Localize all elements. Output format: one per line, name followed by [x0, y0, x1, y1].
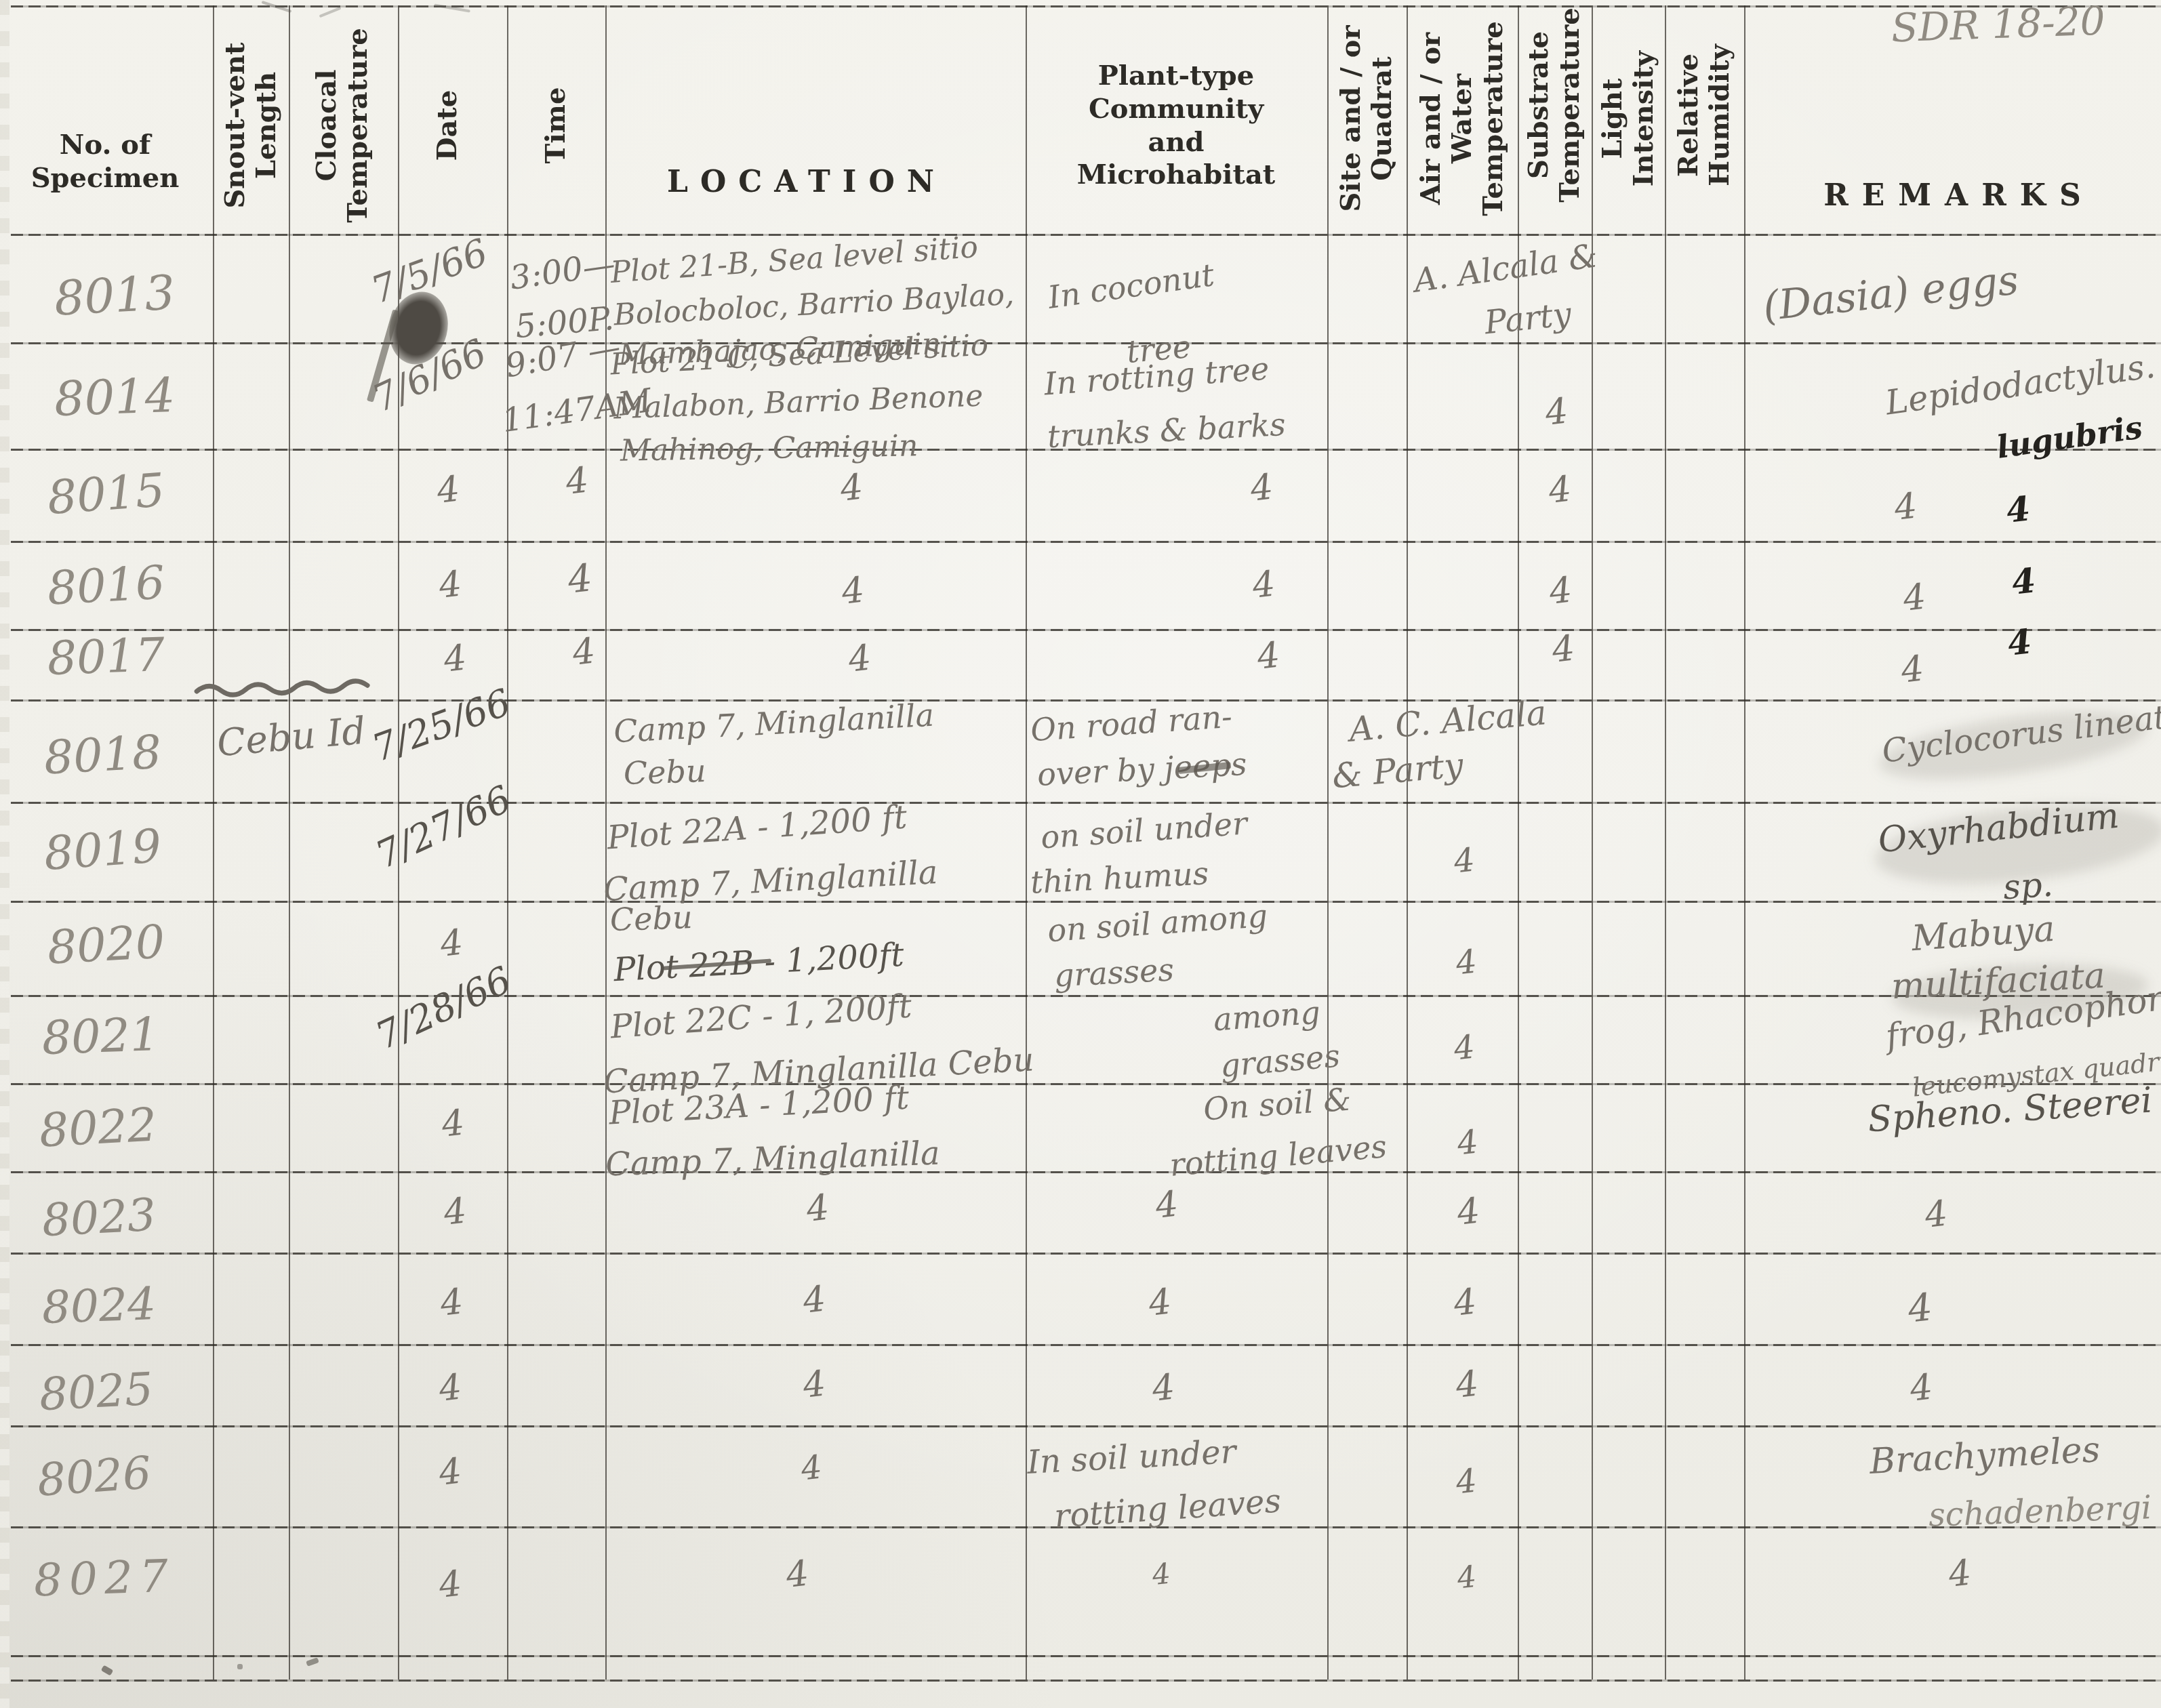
specimen-number: 8015 [45, 464, 166, 525]
table-hline [11, 802, 2161, 804]
table-vline [1407, 5, 1408, 1680]
ditto-mark: 4 [799, 1448, 824, 1488]
ditto-mark: 4 [1452, 1028, 1476, 1068]
specimen-number: 8024 [41, 1278, 157, 1334]
wavy-pencil-line [193, 670, 397, 701]
microhabitat-line: grasses [1053, 951, 1175, 994]
header-line: Light [1597, 7, 1628, 230]
location-line: Plot 22A - 1,200 ft [606, 798, 908, 857]
microhabitat-line: trunks & barks [1047, 406, 1287, 455]
table-vline [1744, 5, 1745, 1680]
specimen-number: 8020 [46, 916, 166, 975]
ditto-mark: 4 [1154, 1183, 1180, 1226]
ditto-mark: 4 [1147, 1281, 1173, 1324]
table-hline [11, 1253, 2161, 1255]
ditto-mark: 4 [564, 460, 590, 502]
header-line: Air and / or [1415, 7, 1447, 230]
corner-note: SDR 18-20 [1891, 0, 2106, 51]
table-vline [507, 5, 508, 1680]
ditto-mark: 4 [437, 563, 464, 606]
microhabitat-line: In rotting tree [1043, 350, 1270, 402]
header-line: Snout-vent [220, 17, 251, 234]
ditto-mark: 4 [1249, 466, 1275, 509]
ditto-mark: 4 [1452, 841, 1476, 881]
specimen-data-sheet: SDR 18-20 No. of Specimen Snout-vent Len… [0, 0, 2161, 1708]
ditto-mark: 4 [2010, 560, 2038, 602]
ditto-mark: 4 [439, 922, 465, 964]
table-vline [213, 5, 214, 1680]
table-hline [11, 1425, 2161, 1427]
header-line: LOCATION [630, 164, 983, 201]
ditto-mark: 4 [801, 1363, 828, 1406]
ditto-mark: 4 [1543, 390, 1570, 433]
microhabitat-line: on soil among [1047, 897, 1269, 950]
remarks-line: Mabuya [1910, 909, 2056, 960]
ditto-mark: 4 [1452, 1281, 1478, 1324]
specimen-number: 8018 [43, 726, 163, 786]
remarks-line: sp. [2002, 865, 2054, 908]
header-line: No. of [14, 129, 197, 162]
ditto-mark: 4 [1454, 943, 1478, 983]
table-hline [11, 5, 2161, 7]
microhabitat-line: rotting leaves [1168, 1128, 1388, 1183]
ditto-mark: 4 [1548, 569, 1574, 612]
specimen-number: 8026 [36, 1446, 153, 1507]
ditto-mark: 4 [1901, 576, 1928, 619]
column-header-time: Time [540, 17, 571, 234]
ditto-mark: 4 [435, 468, 462, 511]
ditto-mark: 4 [840, 569, 866, 612]
specimen-number: 8023 [41, 1189, 157, 1247]
remarks-line: lugubris [1994, 409, 2145, 466]
ditto-mark: 4 [1908, 1366, 1935, 1409]
time-entry: 3:00— [508, 245, 618, 297]
specimen-number: 8027 [33, 1549, 176, 1606]
ditto-mark: 4 [439, 1281, 465, 1324]
collector-line: Party [1482, 295, 1573, 342]
header-line: Time [540, 17, 571, 234]
location-line: Malabon, Barrio Benone [613, 378, 984, 426]
table-vline [1327, 5, 1329, 1680]
microhabitat-line: among [1212, 994, 1321, 1038]
column-header-cloacal: Cloacal Temperature [311, 17, 373, 234]
ditto-mark: 4 [1455, 1560, 1478, 1596]
column-header-site-quadrat: Site and / or Quadrat [1335, 7, 1398, 230]
microhabitat-line: In coconut [1045, 256, 1216, 316]
ditto-mark: 4 [566, 556, 594, 602]
pencil-dot [306, 1657, 319, 1667]
microhabitat-line: In soil under [1026, 1433, 1237, 1482]
ditto-mark: 4 [784, 1553, 811, 1595]
ditto-mark: 4 [839, 466, 865, 509]
column-header-date: Date [432, 17, 463, 234]
table-hline [11, 541, 2161, 543]
specimen-number: 8017 [47, 628, 166, 686]
table-hline [11, 1655, 2161, 1657]
margin-note: Cebu Id [216, 709, 367, 765]
column-header-relative-humidity: Relative Humidity [1673, 3, 1735, 227]
column-header-substrate-temp: Substrate Temperature [1523, 7, 1586, 203]
table-vline [289, 5, 290, 1680]
collector-line: A. Alcala & [1411, 237, 1600, 300]
specimen-number: 8013 [53, 264, 176, 326]
column-header-microhabitat: Plant-type Community and Microhabitat [1054, 60, 1298, 192]
ditto-mark: 4 [2006, 621, 2034, 663]
table-hline [11, 699, 2161, 701]
column-header-location: LOCATION [630, 164, 983, 201]
header-line: Site and / or [1335, 7, 1367, 230]
remarks-line: schadenbergi [1928, 1488, 2152, 1534]
date-entry: 7/28/66 [369, 958, 517, 1058]
remarks-line: Brachymeles [1869, 1429, 2101, 1482]
ditto-mark: 4 [1150, 1366, 1177, 1409]
ditto-mark: 4 [1455, 1190, 1482, 1233]
ditto-mark: 4 [1899, 648, 1926, 691]
location-line: Mahinog, Camiguin [620, 428, 918, 468]
header-line: Date [432, 17, 463, 234]
header-line: Substrate [1523, 7, 1554, 203]
microhabitat-line: on soil under [1039, 805, 1248, 855]
ditto-mark: 4 [1151, 1557, 1173, 1592]
ditto-mark: 4 [2004, 488, 2032, 530]
ditto-mark: 4 [440, 1102, 466, 1145]
pencil-dot [101, 1665, 113, 1676]
ditto-mark: 4 [801, 1278, 828, 1321]
ditto-mark: 4 [847, 637, 873, 680]
table-hline [11, 1171, 2161, 1173]
header-line: and [1054, 126, 1298, 159]
ditto-mark: 4 [1251, 563, 1277, 606]
column-header-specimen: No. of Specimen [14, 129, 197, 195]
table-hline [11, 1083, 2161, 1085]
table-vline [1665, 5, 1666, 1680]
specimen-number: 8016 [46, 556, 166, 616]
location-line: Cebu [609, 899, 693, 938]
remarks-line: Lepidodactylus. [1883, 346, 2158, 422]
paper-deckle-edge [0, 0, 9, 1708]
ditto-mark: 4 [1923, 1193, 1950, 1236]
microhabitat-line: On soil & [1202, 1080, 1352, 1127]
table-hline [11, 1344, 2161, 1346]
location-line: Cebu [623, 752, 706, 792]
ditto-mark: 4 [437, 1366, 464, 1409]
header-line: Temperature [1478, 7, 1509, 230]
table-hline [11, 342, 2161, 344]
remarks-line: (Dasia) eggs [1760, 256, 2021, 330]
specimen-number: 8022 [38, 1099, 158, 1158]
microhabitat-line: grasses [1219, 1037, 1341, 1084]
table-hline [11, 1680, 2161, 1682]
header-line: REMARKS [1796, 178, 2122, 214]
header-line: Temperature [342, 17, 373, 234]
location-line: Camp 7, Minglanilla [613, 697, 935, 750]
pencil-dot [237, 1664, 243, 1669]
ditto-mark: 4 [1454, 1462, 1478, 1502]
specimen-number: 8025 [38, 1363, 155, 1421]
table-hline [11, 901, 2161, 903]
ditto-mark: 4 [1547, 468, 1573, 511]
microhabitat-line: thin humus [1030, 855, 1210, 901]
specimen-number: 8014 [54, 367, 176, 427]
header-line: Relative [1673, 3, 1704, 227]
microhabitat-line: On road ran- [1029, 698, 1233, 749]
location-line: Camp 7, Minglanilla [605, 1134, 940, 1183]
column-header-light-intensity: Light Intensity [1597, 7, 1659, 230]
ditto-mark: 4 [1906, 1285, 1935, 1331]
header-line: Community [1054, 93, 1298, 126]
header-line: Length [251, 17, 282, 234]
ditto-mark: 4 [1455, 1123, 1480, 1163]
header-line: Quadrat [1367, 7, 1398, 230]
ditto-mark: 4 [571, 630, 597, 673]
specimen-number: 8019 [42, 819, 163, 881]
ditto-mark: 4 [442, 637, 468, 680]
ditto-mark: 4 [437, 1563, 464, 1606]
pencil-scuff [319, 7, 341, 18]
table-hline [11, 629, 2161, 631]
ditto-mark: 4 [805, 1187, 831, 1229]
header-line: Intensity [1628, 7, 1659, 230]
table-hline [11, 234, 2161, 236]
specimen-number: 8021 [41, 1008, 161, 1065]
ditto-mark: 4 [1454, 1363, 1480, 1406]
header-line: Water [1447, 7, 1478, 230]
header-line: Temperature [1554, 7, 1586, 203]
table-hline [11, 995, 2161, 997]
header-line: Plant-type [1054, 60, 1298, 93]
header-line: Microhabitat [1054, 159, 1298, 192]
ditto-mark: 4 [442, 1190, 468, 1233]
header-line: Specimen [14, 162, 197, 195]
header-line: Cloacal [311, 17, 342, 234]
ditto-mark: 4 [1893, 485, 1919, 528]
ditto-mark: 4 [437, 1450, 464, 1493]
column-header-air-water-temp: Air and / or Water Temperature [1415, 7, 1509, 230]
ditto-mark: 4 [1550, 628, 1577, 670]
ditto-mark: 4 [1255, 634, 1282, 677]
ditto-mark: 4 [1947, 1552, 1973, 1595]
header-line: Humidity [1704, 3, 1735, 227]
table-vline [1026, 5, 1027, 1680]
column-header-snout-vent: Snout-vent Length [220, 17, 282, 234]
collector-line: & Party [1331, 746, 1465, 796]
column-header-remarks: REMARKS [1796, 178, 2122, 214]
date-entry: 7/27/66 [369, 777, 517, 877]
